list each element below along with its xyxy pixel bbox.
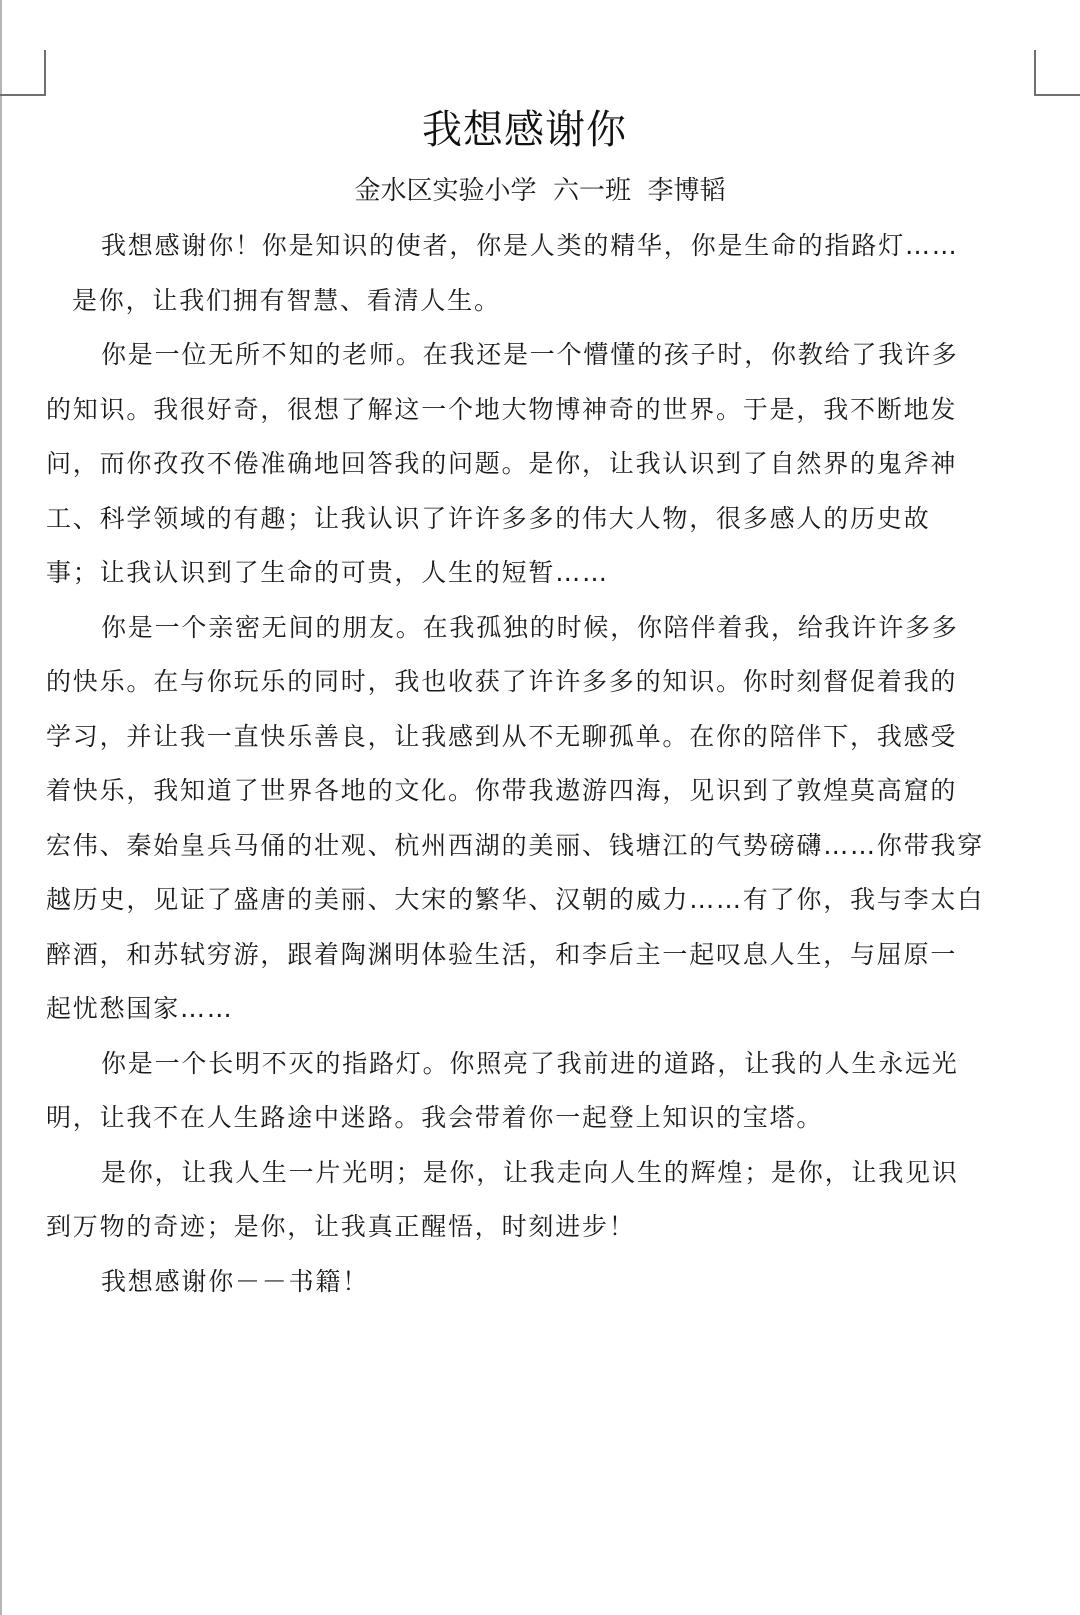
text-line: 着快乐，我知道了世界各地的文化。你带我遨游四海，见识到了敦煌莫高窟的 [46,771,957,811]
text-line: 醉酒，和苏轼穷游，跟着陶渊明体验生活，和李后主一起叹息人生，与屈原一 [46,935,957,975]
text-line: 工、科学领域的有趣；让我认识了许许多多的伟大人物，很多感人的历史故 [46,499,930,539]
text-line: 起忧愁国家…… [46,989,234,1029]
text-line: 你是一个长明不灭的指路灯。你照亮了我前进的道路，让我的人生永远光 [101,1044,959,1084]
document-title: 我想感谢你 [0,104,1049,156]
text-line: 我想感谢你－－书籍！ [101,1262,369,1302]
text-line: 越历史，见证了盛唐的美丽、大宋的繁华、汉朝的威力……有了你，我与李太白 [46,880,984,920]
text-line: 到万物的奇迹；是你，让我真正醒悟，时刻进步！ [46,1207,636,1247]
text-line: 我想感谢你！你是知识的使者，你是人类的精华，你是生命的指路灯…… [101,226,959,266]
text-line: 的快乐。在与你玩乐的同时，我也收获了许许多多的知识。你时刻督促着我的 [46,662,957,702]
page-left-edge [0,0,2,1615]
top-right-margin-mark [1034,50,1080,96]
top-left-margin-mark [0,50,46,96]
text-line: 是你，让我人生一片光明；是你，让我走向人生的辉煌；是你，让我见识 [101,1153,959,1193]
text-line: 明，让我不在人生路途中迷路。我会带着你一起登上知识的宝塔。 [46,1098,823,1138]
text-line: 是你，让我们拥有智慧、看清人生。 [72,281,501,321]
text-line: 你是一个亲密无间的朋友。在我孤独的时候，你陪伴着我，给我许许多多 [101,608,959,648]
text-line: 学习，并让我一直快乐善良，让我感到从不无聊孤单。在你的陪伴下，我感受 [46,717,957,757]
document-author-line: 金水区实验小学 六一班 李博韬 [0,174,1080,208]
text-line: 的知识。我很好奇，很想了解这一个地大物博神奇的世界。于是，我不断地发 [46,390,957,430]
text-line: 你是一位无所不知的老师。在我还是一个懵懂的孩子时，你教给了我许多 [101,335,959,375]
text-line: 问，而你孜孜不倦准确地回答我的问题。是你，让我认识到了自然界的鬼斧神 [46,444,957,484]
text-line: 事；让我认识到了生命的可贵，人生的短暂…… [46,553,609,593]
text-line: 宏伟、秦始皇兵马俑的壮观、杭州西湖的美丽、钱塘江的气势磅礴……你带我穿 [46,826,984,866]
